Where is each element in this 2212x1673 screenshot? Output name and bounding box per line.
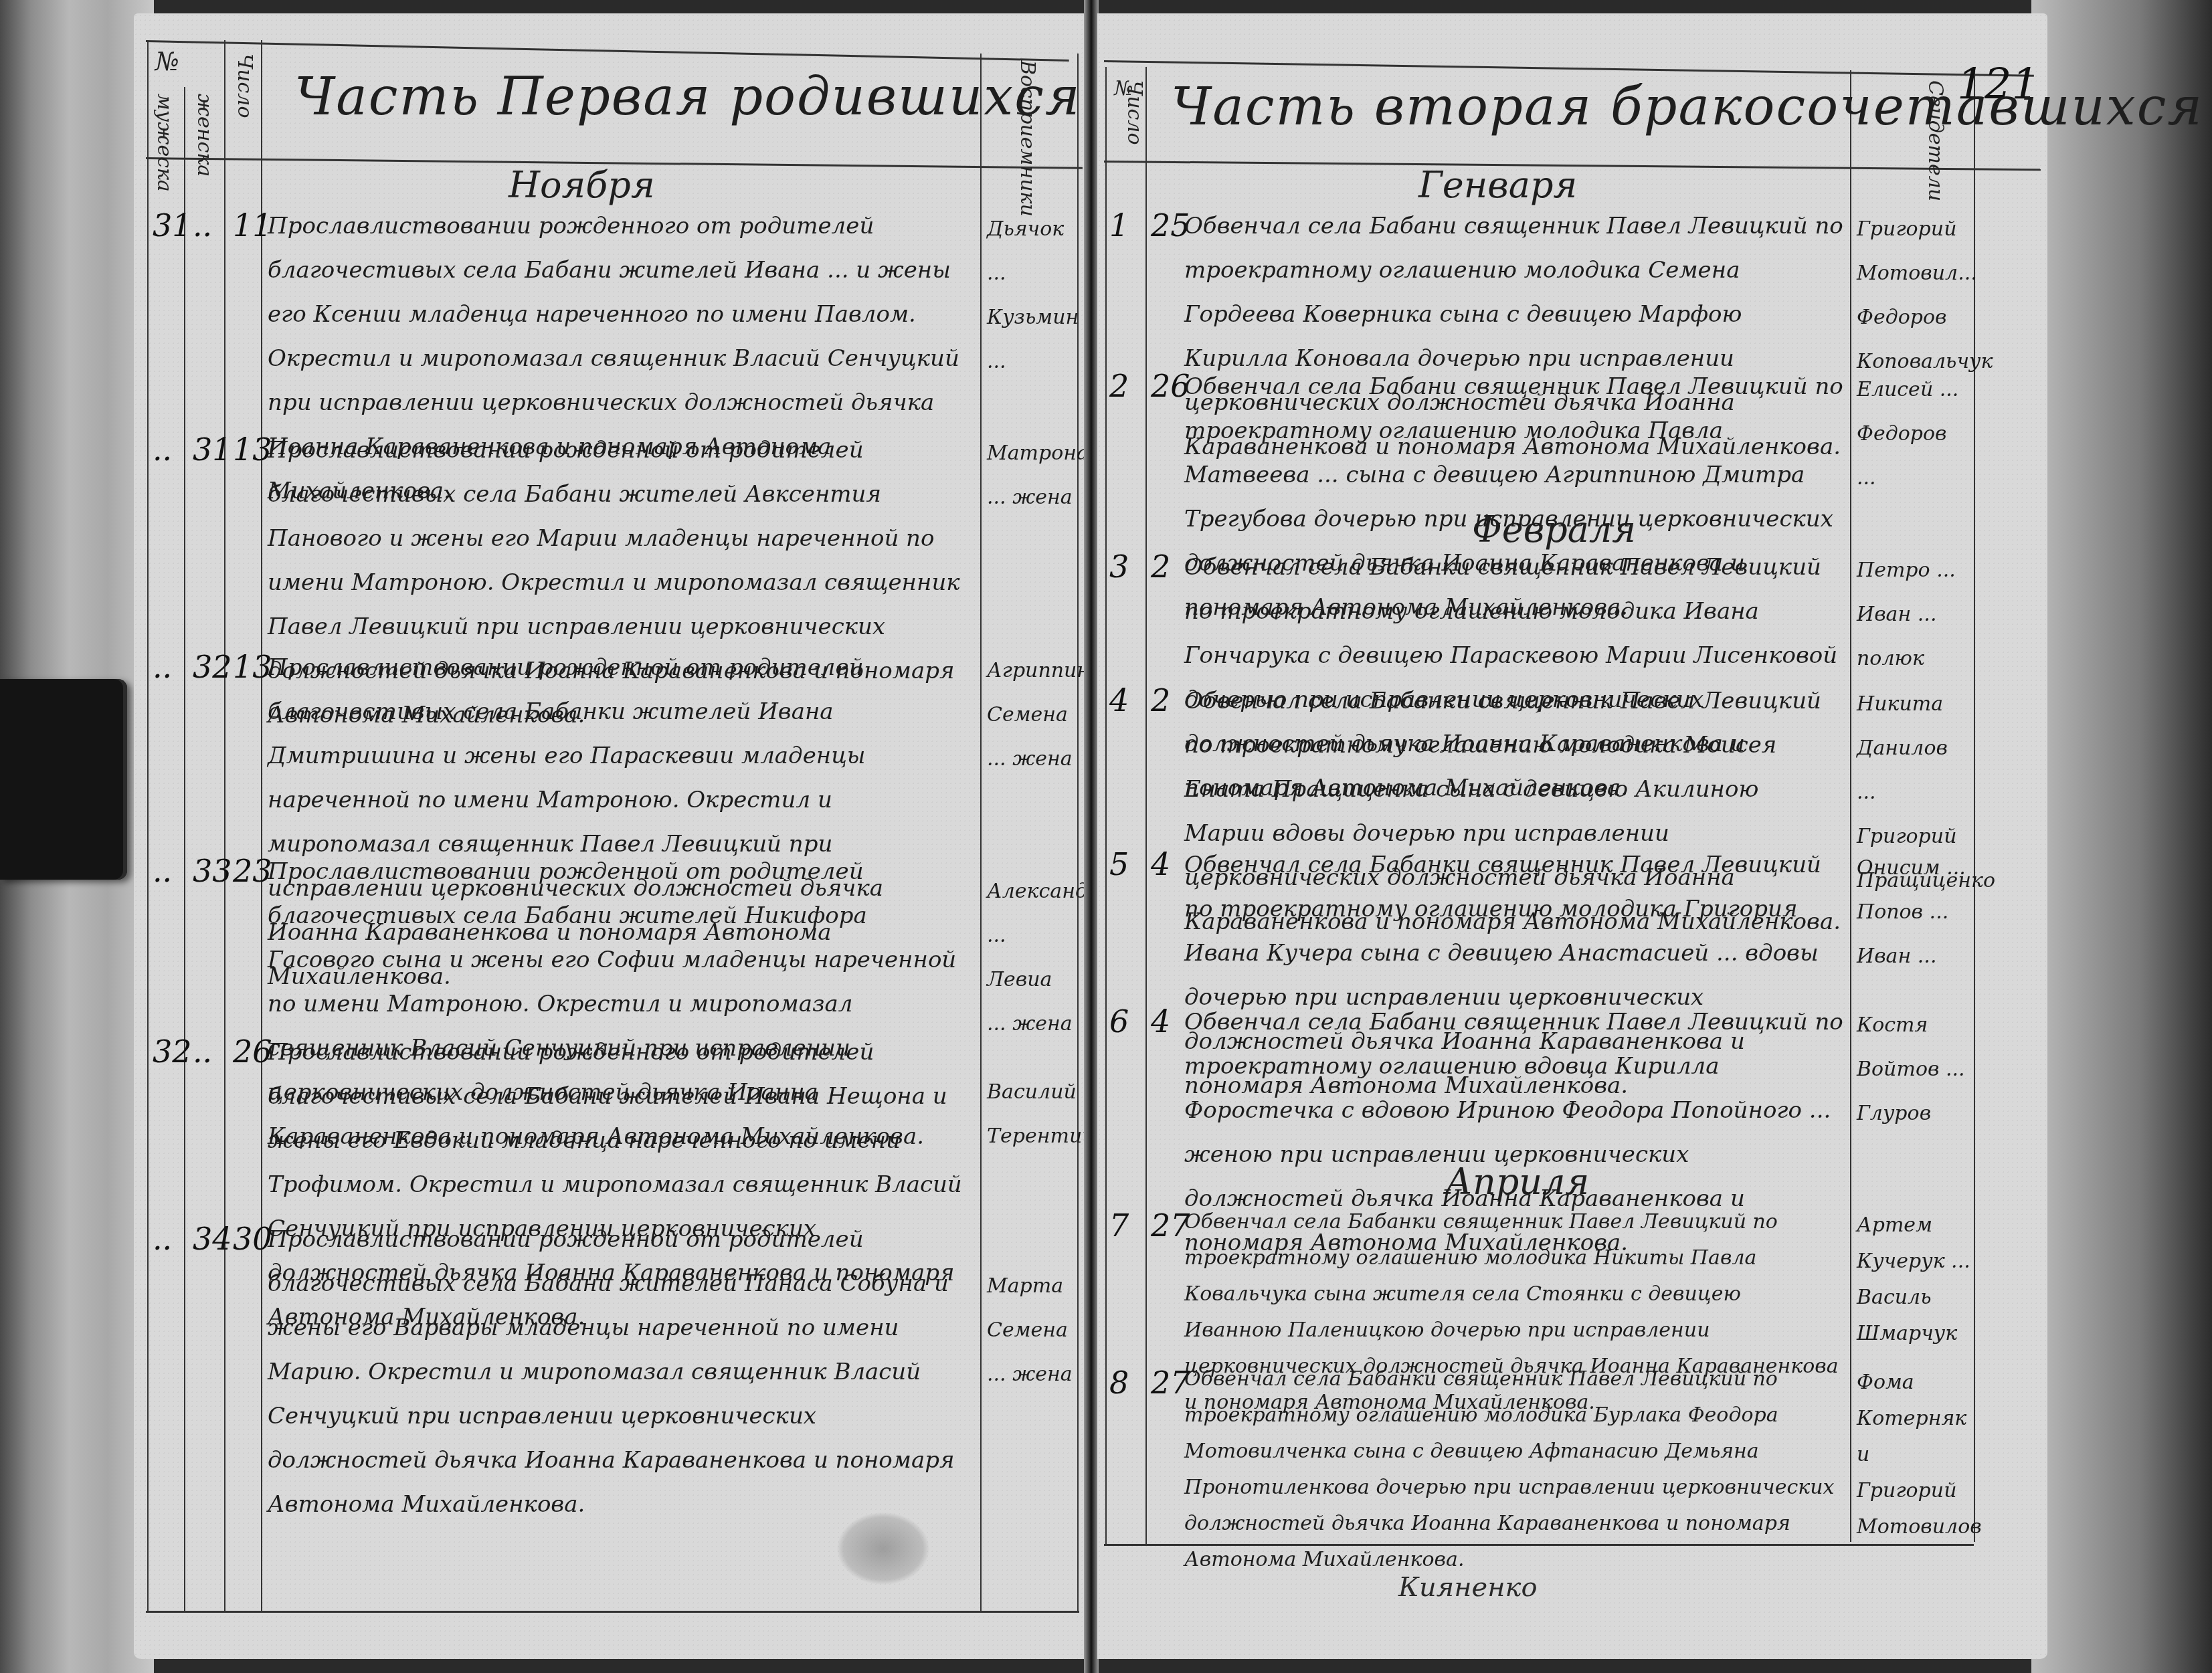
entry-male-number: 31: [153, 207, 192, 243]
entry-number: 2: [1109, 368, 1129, 404]
month-heading: Ноября: [509, 164, 655, 206]
entry-witnesses: Петро ... Иван ... полюк: [1857, 549, 1970, 681]
entry-male-number: ..: [153, 431, 172, 468]
header-day: Число: [1123, 80, 1146, 144]
entry-godparents: Александра ... Левиа ... жена: [987, 870, 1074, 1046]
entry-witnesses: Елисей ... Федоров ...: [1857, 368, 1970, 500]
entry-godparents: Матрона ... жена: [987, 431, 1074, 520]
entry-godparents: Дьячок ... Кузьмин ...: [987, 207, 1074, 384]
entry-day: 11: [233, 207, 272, 243]
entry-godparents: Агриппина Семена ... жена: [987, 649, 1074, 781]
entry-number: 1: [1109, 207, 1129, 243]
entry-day: 4: [1151, 846, 1170, 882]
entry-female-number: ..: [193, 1034, 212, 1070]
entry-female-number: 33: [193, 853, 232, 889]
entry-male-number: 32: [153, 1034, 192, 1070]
book-edge-right: [2031, 0, 2212, 1673]
entry-text: Обвенчал села Бабанки священник Павел Ле…: [1184, 1361, 1843, 1578]
entry-day: 13: [233, 649, 272, 685]
entry-day: 26: [233, 1034, 272, 1070]
entry-witnesses: Онисим ... Попов ... Иван ...: [1857, 846, 1970, 979]
right-page: № Число Свидетели 121 Часть вторая брако…: [1097, 13, 2047, 1659]
entry-text: Прославлиствовании рожденной от родителе…: [268, 1217, 974, 1527]
header-male: мужеска: [153, 94, 176, 192]
header-day: Число: [233, 54, 256, 118]
month-heading: Февраля: [1472, 508, 1636, 551]
entry-godparents: Марта Семена ... жена: [987, 1264, 1074, 1397]
entry-day: 2: [1151, 682, 1170, 718]
entry-godparents: Василий Терентий: [987, 1070, 1074, 1159]
entry-witnesses: Костя Войтов ... Глуров: [1857, 1003, 1970, 1136]
book-strap: [0, 679, 127, 880]
entry-witnesses: Артем Кучерук ... Василь Шмарчук: [1857, 1207, 1970, 1352]
entry-number: 8: [1109, 1365, 1129, 1401]
book-gutter: [1084, 0, 1099, 1673]
entry-female-number: 31: [193, 431, 232, 468]
entry-number: 6: [1109, 1003, 1129, 1040]
entry-witnesses: Григорий Мотовил... Федоров Коповальчук: [1857, 207, 1970, 384]
entry-number: 3: [1109, 549, 1129, 585]
month-heading: Априля: [1445, 1161, 1589, 1203]
header-number: №: [155, 47, 179, 76]
entry-female-number: ..: [193, 207, 212, 243]
entry-witnesses: Фома Котерняк и Григорий Мотовилов: [1857, 1365, 1970, 1545]
ink-stain: [836, 1512, 930, 1585]
entry-male-number: ..: [153, 1221, 172, 1257]
entry-male-number: ..: [153, 649, 172, 685]
entry-day: 13: [233, 431, 272, 468]
entry-male-number: ..: [153, 853, 172, 889]
clerk-signature: Кияненко: [1398, 1572, 1538, 1603]
right-page-title: Часть вторая бракосочетавшихся: [1171, 77, 2203, 137]
entry-female-number: 32: [193, 649, 232, 685]
entry-day: 4: [1151, 1003, 1170, 1040]
entry-number: 4: [1109, 682, 1129, 718]
entry-day: 23: [233, 853, 272, 889]
entry-number: 5: [1109, 846, 1129, 882]
entry-female-number: 34: [193, 1221, 232, 1257]
month-heading: Генваря: [1418, 164, 1577, 206]
entry-day: 2: [1151, 549, 1170, 585]
header-female: женска: [193, 94, 216, 177]
left-page: № мужеска женска Число Восприемники Част…: [134, 13, 1091, 1659]
entry-number: 7: [1109, 1207, 1129, 1244]
entry-day: 30: [233, 1221, 272, 1257]
left-page-title: Часть Первая родившихся: [294, 67, 1081, 127]
